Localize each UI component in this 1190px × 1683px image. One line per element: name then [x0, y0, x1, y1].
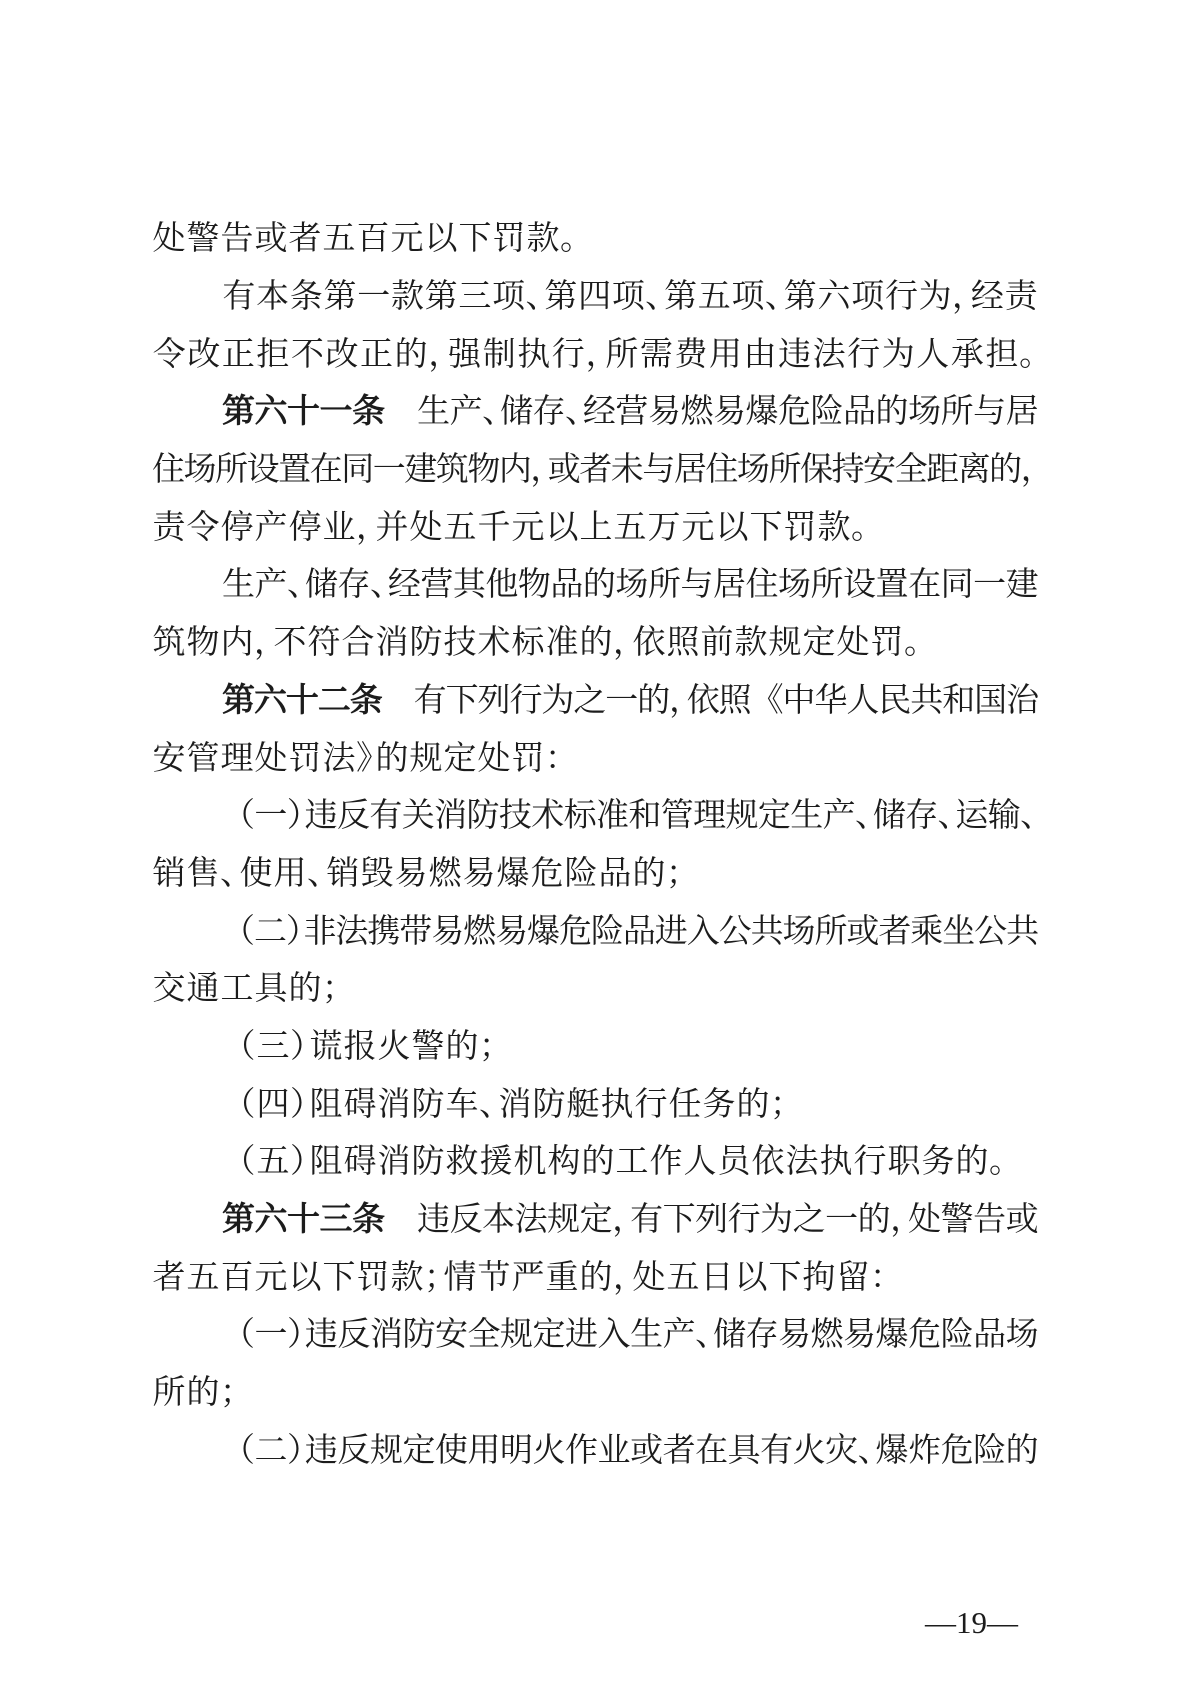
text-char: 警 [411, 1031, 445, 1064]
text-char: 标 [511, 627, 545, 660]
text-char: 交 [152, 973, 186, 1006]
text-char: 告 [973, 1204, 1006, 1237]
text-char: 项 [851, 281, 885, 314]
text-char: 公 [719, 916, 751, 949]
text-char: 危 [778, 396, 811, 429]
text-char: 储 [873, 800, 905, 833]
text-char: 法 [515, 1204, 548, 1237]
text-char: 者 [579, 454, 611, 487]
article-number-char: 六 [254, 685, 286, 718]
text-char: 住 [705, 454, 737, 487]
text-char: 定 [402, 1435, 435, 1468]
text-char: 规 [500, 1319, 533, 1352]
text-line: 销售、使用、销毁易燃易爆危险品的； [152, 846, 1038, 904]
text-char: 售 [186, 858, 220, 891]
text-char: 明 [500, 1435, 533, 1468]
text-char: 款 [734, 627, 768, 660]
text-char: 处 [409, 512, 443, 545]
text-char: ； [479, 1031, 498, 1064]
text-char: 与 [680, 569, 713, 602]
text-char: 车 [445, 1089, 479, 1122]
text-char: 情 [443, 1262, 477, 1295]
text-char: （ [222, 1031, 256, 1064]
text-char: 定 [533, 1319, 566, 1352]
text-char: 处 [254, 743, 288, 776]
text-char: 场 [615, 569, 648, 602]
text-line: 责令停产停业，并处五千元以上五万元以下罚款。 [152, 499, 1038, 557]
text-char: 的 [736, 1089, 770, 1122]
text-char: 并 [375, 512, 409, 545]
text-char: 法 [785, 1146, 819, 1179]
text-char: 储 [305, 569, 338, 602]
text-char: 本 [482, 1204, 515, 1237]
text-char: 不 [290, 339, 325, 372]
text-line: 第六十三条 违反本法规定，有下列行为之一的，处警告或 [152, 1192, 1038, 1250]
text-char: ； [770, 1089, 789, 1122]
text-char: 所 [768, 454, 800, 487]
text-line: （一）违反有关消防技术标准和管理规定生产、储存、运输、 [152, 788, 1038, 846]
text-char: 违 [417, 1204, 450, 1237]
text-char: 危 [941, 1435, 974, 1468]
text-char: 产 [255, 569, 288, 602]
text-char: 报 [343, 1031, 377, 1064]
text-char: 产 [663, 1319, 696, 1352]
text-char: 改 [187, 339, 222, 372]
text-char: （ [222, 916, 254, 949]
text-char: 、 [479, 1089, 498, 1122]
text-char: 易 [713, 396, 746, 429]
text-char: 筑 [152, 627, 186, 660]
text-char: 者 [288, 223, 322, 256]
text-char: 用 [467, 1435, 500, 1468]
text-char: 易 [843, 1319, 876, 1352]
text-char: 物 [186, 627, 220, 660]
text-char: 。 [851, 512, 870, 545]
text-char: 或 [254, 223, 288, 256]
text-char: 警 [186, 223, 220, 256]
text-char: 品 [843, 396, 876, 429]
article-number-char: 六 [255, 1204, 288, 1237]
text-char: 入 [598, 1319, 631, 1352]
text-char: 技 [499, 800, 531, 833]
text-char: 制 [482, 339, 517, 372]
text-char: 场 [778, 569, 811, 602]
text-char: 留 [836, 1262, 870, 1295]
text-char: 品 [973, 1319, 1006, 1352]
text-char: 距 [926, 454, 958, 487]
text-char: 筑 [436, 454, 468, 487]
text-char: 物 [518, 569, 551, 602]
text-line: 处警告或者五百元以下罚款。 [152, 211, 1038, 269]
text-char: 执 [819, 1146, 853, 1179]
text-char: 的 [955, 1146, 989, 1179]
text-char: 全 [467, 1319, 500, 1352]
text-char: 的 [989, 454, 1021, 487]
text-char: 场 [1006, 1319, 1039, 1352]
text-char: 列 [478, 685, 510, 718]
text-char: 三 [256, 1031, 290, 1064]
text-char: 携 [367, 916, 399, 949]
text-char: 违 [305, 1435, 338, 1468]
text-char: 。 [989, 1146, 1008, 1179]
text-char: 第 [783, 281, 817, 314]
text-char: 停 [288, 512, 322, 545]
text-char: 阻 [309, 1089, 343, 1122]
text-char: 在 [908, 569, 941, 602]
text-char: 、 [287, 569, 305, 602]
text-char: 险 [941, 1319, 974, 1352]
text-char: 易 [778, 1319, 811, 1352]
text-char: 谎 [309, 1031, 343, 1064]
text-char: 停 [220, 512, 254, 545]
text-line: （二）非法携带易燃易爆危险品进入公共场所或者乘坐公共 [152, 903, 1038, 961]
text-char: 与 [642, 454, 674, 487]
text-char: 处 [908, 1204, 941, 1237]
text-char: 有 [630, 1204, 663, 1237]
text-char: 第 [544, 281, 578, 314]
text-char: 元 [511, 512, 545, 545]
text-char: 任 [668, 1089, 702, 1122]
text-char: 符 [307, 627, 341, 660]
text-char: 不 [273, 627, 307, 660]
text-line: 所的； [152, 1365, 1038, 1423]
text-char: 易 [462, 858, 496, 891]
text-char: 保 [800, 454, 832, 487]
text-char: 有 [369, 800, 401, 833]
page-number: —19— [925, 1604, 1018, 1642]
text-char: 执 [600, 1089, 634, 1122]
text-char: 罚 [783, 512, 817, 545]
text-char: 项 [492, 281, 526, 314]
text-char: 条 [289, 281, 323, 314]
text-char: 定 [802, 627, 836, 660]
text-line: 交通工具的； [152, 961, 1038, 1019]
text-char: 五 [322, 223, 356, 256]
text-char: 以 [288, 1262, 322, 1295]
text-char: 需 [639, 339, 674, 372]
text-char: 以 [715, 512, 749, 545]
text-char: 依 [687, 685, 719, 718]
text-char: 物 [467, 454, 499, 487]
text-char: 运 [955, 800, 987, 833]
text-char: 所 [811, 569, 844, 602]
text-char: 以 [424, 223, 458, 256]
article-number-char: 六 [255, 396, 288, 429]
text-char: 易 [648, 396, 681, 429]
text-char: 或 [1006, 1204, 1039, 1237]
text-char: 作 [649, 1146, 683, 1179]
article-number-char: 第 [222, 1204, 255, 1237]
text-char: 带 [399, 916, 431, 949]
text-char: 其 [453, 569, 486, 602]
text-char: 置 [876, 569, 909, 602]
text-char: 火 [533, 1435, 566, 1468]
text-char: ， [428, 339, 447, 372]
text-char: 进 [565, 1319, 598, 1352]
text-char: 机 [513, 1146, 547, 1179]
text-char: 经 [583, 396, 616, 429]
text-char: 节 [477, 1262, 511, 1295]
text-char: 人 [915, 339, 950, 372]
text-char: 列 [695, 1204, 728, 1237]
text-char: 危 [530, 858, 564, 891]
text-char: 规 [768, 627, 802, 660]
text-char: 为 [541, 685, 573, 718]
text-char: 坐 [942, 916, 974, 949]
text-char: 改 [325, 339, 360, 372]
text-char: 。 [904, 627, 923, 660]
text-char: 炸 [908, 1435, 941, 1468]
text-char: 一 [373, 454, 405, 487]
text-char: 爆 [876, 1435, 909, 1468]
text-line: 生产、储存、经营其他物品的场所与居住场所设置在同一建 [152, 557, 1038, 615]
text-char: 火 [377, 1031, 411, 1064]
text-char: 所 [814, 916, 846, 949]
text-char: 险 [811, 396, 844, 429]
text-char: 《 [751, 685, 783, 718]
text-char: 项 [731, 281, 765, 314]
text-char: 、 [482, 396, 500, 429]
text-char: 品 [623, 916, 655, 949]
text-char: 、 [858, 1435, 876, 1468]
text-char: ， [612, 1204, 630, 1237]
article-number-char: 第 [222, 396, 255, 429]
text-char: 灾 [825, 1435, 858, 1468]
text-char: 四 [578, 281, 612, 314]
text-char: ； [220, 1377, 239, 1410]
text-char: 上 [579, 512, 613, 545]
text-char [382, 685, 414, 718]
text-char: 工 [615, 1146, 649, 1179]
text-char: ； [322, 973, 341, 1006]
text-line: （二）违反规定使用明火作业或者在具有火灾、爆炸危险的 [152, 1422, 1038, 1480]
text-char: ， [669, 685, 687, 718]
text-char: 千 [477, 512, 511, 545]
text-char: 存 [745, 1319, 778, 1352]
text-char: 罚 [492, 223, 526, 256]
text-char: 五 [666, 1262, 700, 1295]
text-char: 反 [450, 1204, 483, 1237]
text-char: （ [222, 800, 254, 833]
article-number-char: 条 [350, 685, 382, 718]
text-char: 的 [445, 1031, 479, 1064]
text-char: 销 [326, 858, 360, 891]
text-char: 下 [446, 685, 478, 718]
text-char: ） [286, 916, 304, 949]
text-char: 品 [598, 858, 632, 891]
text-char: 五 [613, 512, 647, 545]
text-char: 依 [632, 627, 666, 660]
text-char: 进 [655, 916, 687, 949]
text-char: 。 [1019, 339, 1038, 372]
article-number-char: 十 [286, 685, 318, 718]
text-char: 同 [941, 569, 974, 602]
text-char: 产 [254, 512, 288, 545]
text-char: 和 [628, 800, 660, 833]
text-char: 五 [186, 1262, 220, 1295]
text-char: 产 [823, 800, 855, 833]
text-char: 的 [394, 339, 429, 372]
text-char: 未 [611, 454, 643, 487]
text-line: （一）违反消防安全规定进入生产、储存易燃易爆危险品场 [152, 1307, 1038, 1365]
text-char: 罚 [870, 627, 904, 660]
article-number-char: 三 [320, 1204, 353, 1237]
text-char: 所 [152, 1377, 186, 1410]
text-char: 碍 [343, 1089, 377, 1122]
text-char: 碍 [343, 1146, 377, 1179]
text-char: 安 [435, 1319, 468, 1352]
text-char: 设 [843, 569, 876, 602]
text-char: 内 [220, 627, 254, 660]
text-char: 阻 [309, 1146, 343, 1179]
text-char: 者 [663, 1435, 696, 1468]
text-char: 规 [725, 800, 757, 833]
text-char: 、 [220, 858, 239, 891]
text-char: 警 [941, 1204, 974, 1237]
text-block: 处警告或者五百元以下罚款。有本条第一款第三项、第四项、第五项、第六项行为，经责令… [152, 211, 1038, 1480]
text-char: 依 [751, 1146, 785, 1179]
text-char: 的 [375, 743, 409, 776]
text-char: 险 [591, 916, 623, 949]
text-char: 术 [531, 800, 563, 833]
text-line: （四）阻碍消防车、消防艇执行任务的； [152, 1076, 1038, 1134]
text-char: 责 [152, 512, 186, 545]
text-char: 火 [793, 1435, 826, 1468]
text-char: 之 [573, 685, 605, 718]
text-char: 易 [431, 916, 463, 949]
text-char: 的 [579, 1262, 613, 1295]
text-char: 防 [411, 1089, 445, 1122]
text-char: 的 [637, 685, 669, 718]
text-char: 为 [918, 281, 952, 314]
text-char: 五 [697, 281, 731, 314]
text-char: ） [287, 800, 305, 833]
text-char: 有 [414, 685, 446, 718]
text-char: ： [545, 743, 564, 776]
text-char: 合 [341, 627, 375, 660]
article-number-char: 一 [320, 396, 353, 429]
text-char: 爆 [876, 1319, 909, 1352]
text-char: 消 [375, 627, 409, 660]
text-char: 为 [760, 1204, 793, 1237]
text-char: 场 [783, 916, 815, 949]
text-char [385, 396, 418, 429]
text-char: 内 [499, 454, 531, 487]
text-char: 业 [322, 512, 356, 545]
text-char: 款 [526, 223, 560, 256]
text-char: 存 [337, 569, 370, 602]
text-char: 经 [388, 569, 421, 602]
text-char: 具 [254, 973, 288, 1006]
text-char: 消 [377, 1146, 411, 1179]
text-char: 元 [681, 512, 715, 545]
text-char: ， [1021, 454, 1038, 487]
text-char: 罚 [356, 1262, 390, 1295]
text-char: 行 [853, 1146, 887, 1179]
text-char: 令 [186, 512, 220, 545]
text-char: ， [530, 454, 547, 487]
text-line: 第六十一条 生产、储存、经营易燃易爆危险品的场所与居 [152, 384, 1038, 442]
text-char: 安 [152, 743, 186, 776]
text-char: 使 [435, 1435, 468, 1468]
text-char: 危 [559, 916, 591, 949]
text-char: 所 [648, 569, 681, 602]
text-char: 规 [547, 1204, 580, 1237]
text-char: 场 [908, 396, 941, 429]
text-char: 的 [1006, 1435, 1039, 1468]
text-char: ） [290, 1031, 309, 1064]
text-line: 安管理处罚法》的规定处罚： [152, 730, 1038, 788]
text-char: 居 [1006, 396, 1039, 429]
text-char: （ [222, 1319, 255, 1352]
text-char: 的 [583, 569, 616, 602]
text-char: 违 [305, 1319, 338, 1352]
text-char: 所 [605, 339, 640, 372]
text-char: 消 [377, 1089, 411, 1122]
text-char: 置 [278, 454, 310, 487]
text-char: 定 [758, 800, 790, 833]
text-char: ， [356, 512, 375, 545]
text-char: 防 [411, 1146, 445, 1179]
text-char: 全 [895, 454, 927, 487]
text-char: 民 [878, 685, 910, 718]
text-char: 和 [942, 685, 974, 718]
text-char: ， [952, 281, 971, 314]
text-char: 百 [220, 1262, 254, 1295]
text-char: ） [290, 1089, 309, 1122]
text-char: 工 [220, 973, 254, 1006]
text-char: 共 [751, 916, 783, 949]
text-char: 第 [424, 281, 458, 314]
text-char: 下 [458, 223, 492, 256]
text-char: 定 [443, 743, 477, 776]
text-char: 易 [394, 858, 428, 891]
text-char: 违 [777, 339, 812, 372]
text-char: 款 [391, 281, 425, 314]
text-char: 二 [255, 1435, 288, 1468]
text-char: 的 [579, 627, 613, 660]
text-char: 艇 [566, 1089, 600, 1122]
text-char: 管 [661, 800, 693, 833]
text-char: 住 [745, 569, 778, 602]
text-char: 的 [288, 973, 322, 1006]
text-char: 第 [664, 281, 698, 314]
text-char: 、 [938, 800, 956, 833]
text-char: 生 [630, 1319, 663, 1352]
text-char: 强 [447, 339, 482, 372]
text-char: 防 [402, 1319, 435, 1352]
text-char: 在 [695, 1435, 728, 1468]
text-char: 救 [445, 1146, 479, 1179]
text-char: 第 [323, 281, 357, 314]
text-char: 元 [254, 1262, 288, 1295]
text-char [385, 1204, 418, 1237]
text-line: 第六十二条 有下列行为之一的，依照《中华人民共和国治 [152, 673, 1038, 731]
text-char: 费 [674, 339, 709, 372]
text-char: 以 [545, 512, 579, 545]
text-char: 行 [885, 281, 919, 314]
text-char: 准 [596, 800, 628, 833]
text-char: 有 [760, 1435, 793, 1468]
text-char: 、 [525, 281, 544, 314]
text-char: ； [424, 1262, 443, 1295]
text-char: 防 [532, 1089, 566, 1122]
text-char: 之 [793, 1204, 826, 1237]
text-char: 违 [305, 800, 337, 833]
text-line: （五）阻碍消防救援机构的工作人员依法执行职务的。 [152, 1134, 1038, 1192]
text-char: 消 [498, 1089, 532, 1122]
text-char: 业 [598, 1435, 631, 1468]
